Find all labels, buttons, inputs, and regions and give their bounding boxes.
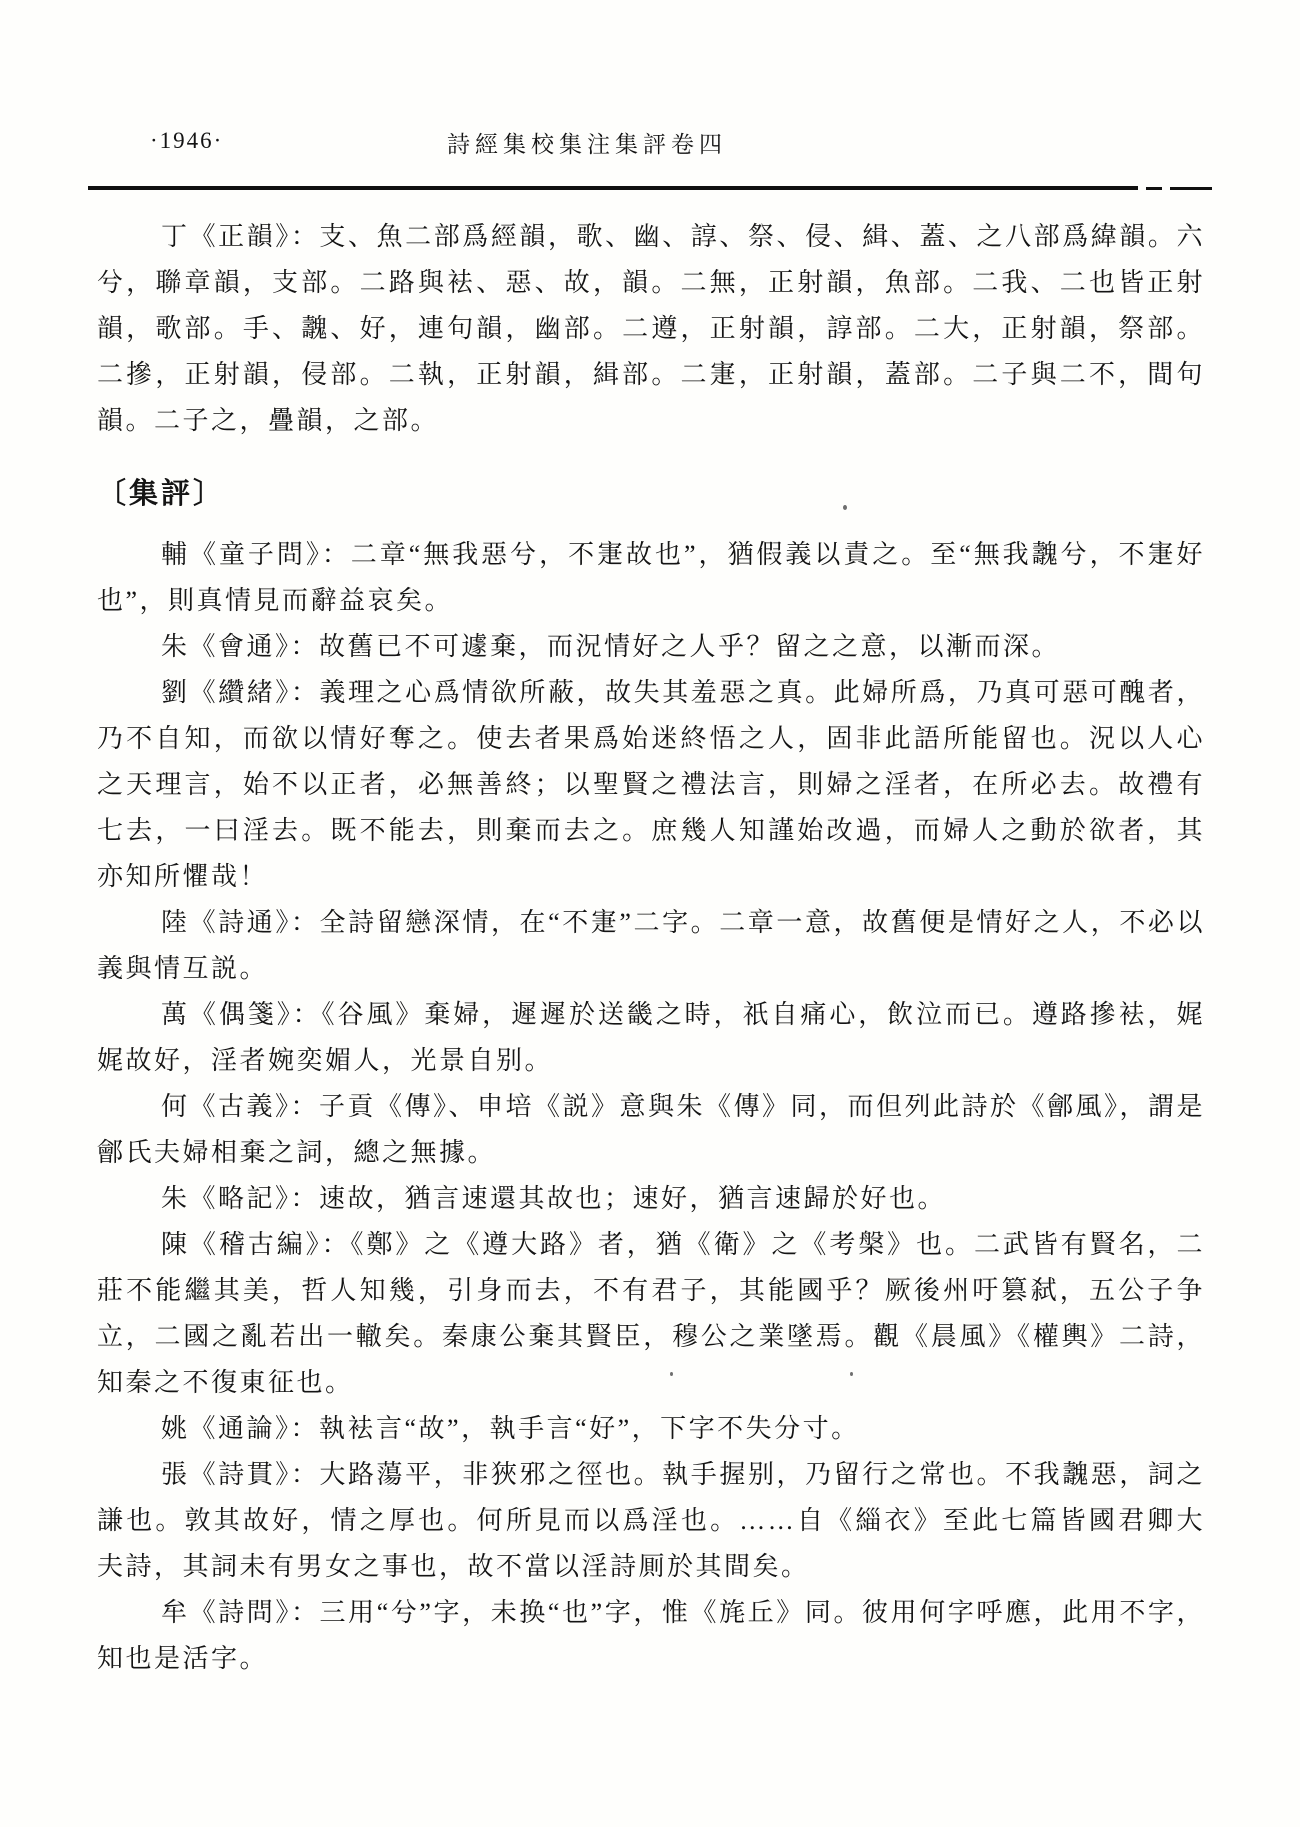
scanned-book-page: ·1946· 詩經集校集注集評卷四 丁《正韻》：支、魚二部爲經韻，歌、幽、諄、祭… <box>0 0 1300 1827</box>
comment-he-guyi: 何《古義》：子貢《傳》、申培《説》意與朱《傳》同，而但列此詩於《鄶風》，謂是鄶氏… <box>97 1084 1205 1176</box>
scan-speck <box>670 1372 673 1376</box>
comment-yao-tonglun: 姚《通論》：執袪言“故”，執手言“好”，下字不失分寸。 <box>97 1406 1205 1452</box>
rhyme-analysis-paragraph: 丁《正韻》：支、魚二部爲經韻，歌、幽、諄、祭、侵、緝、蓋、之八部爲緯韻。六兮，聯… <box>97 214 1205 444</box>
running-title: 詩經集校集注集評卷四 <box>0 126 1237 159</box>
comment-mou-shiwen: 牟《詩問》：三用“兮”字，未换“也”字，惟《旄丘》同。彼用何字呼應，此用不字，知… <box>97 1590 1205 1682</box>
header-rule-dash <box>1170 187 1212 190</box>
comment-zhu-lveji: 朱《略記》：速故，猶言速還其故也；速好，猶言速歸於好也。 <box>97 1176 1205 1222</box>
comment-zhu-huitong: 朱《會通》：故舊已不可遽棄，而況情好之人乎？留之之意，以漸而深。 <box>97 624 1205 670</box>
header-rule <box>88 186 1138 190</box>
section-heading-collected-comments: 〔集評〕 <box>97 471 1205 517</box>
header-rule-dash <box>1146 187 1162 190</box>
page-body: 丁《正韻》：支、魚二部爲經韻，歌、幽、諄、祭、侵、緝、蓋、之八部爲緯韻。六兮，聯… <box>97 214 1205 1682</box>
comment-chen-jigubian: 陳《稽古編》：《鄭》之《遵大路》者，猶《衛》之《考槃》也。二武皆有賢名，二莊不能… <box>97 1222 1205 1406</box>
comment-zhang-shiguan: 張《詩貫》：大路蕩平，非狹邪之徑也。執手握别，乃留行之常也。不我魗惡，詞之謙也。… <box>97 1452 1205 1590</box>
comment-fu-tongziwen: 輔《童子問》：二章“無我惡兮，不寁故也”，猶假義以責之。至“無我魗兮，不寁好也”… <box>97 532 1205 624</box>
comment-liu-zuanxu: 劉《纘緒》：義理之心爲情欲所蔽，故失其羞惡之真。此婦所爲，乃真可惡可醜者，乃不自… <box>97 670 1205 900</box>
scan-speck <box>843 505 847 510</box>
comment-wan-oujian: 萬《偶箋》：《谷風》棄婦，遲遲於送畿之時，祇自痛心，飲泣而已。遵路摻袪，娓娓故好… <box>97 992 1205 1084</box>
scan-speck <box>850 1372 853 1376</box>
comment-lu-shitong: 陸《詩通》：全詩留戀深情，在“不寁”二字。二章一意，故舊便是情好之人，不必以義與… <box>97 900 1205 992</box>
